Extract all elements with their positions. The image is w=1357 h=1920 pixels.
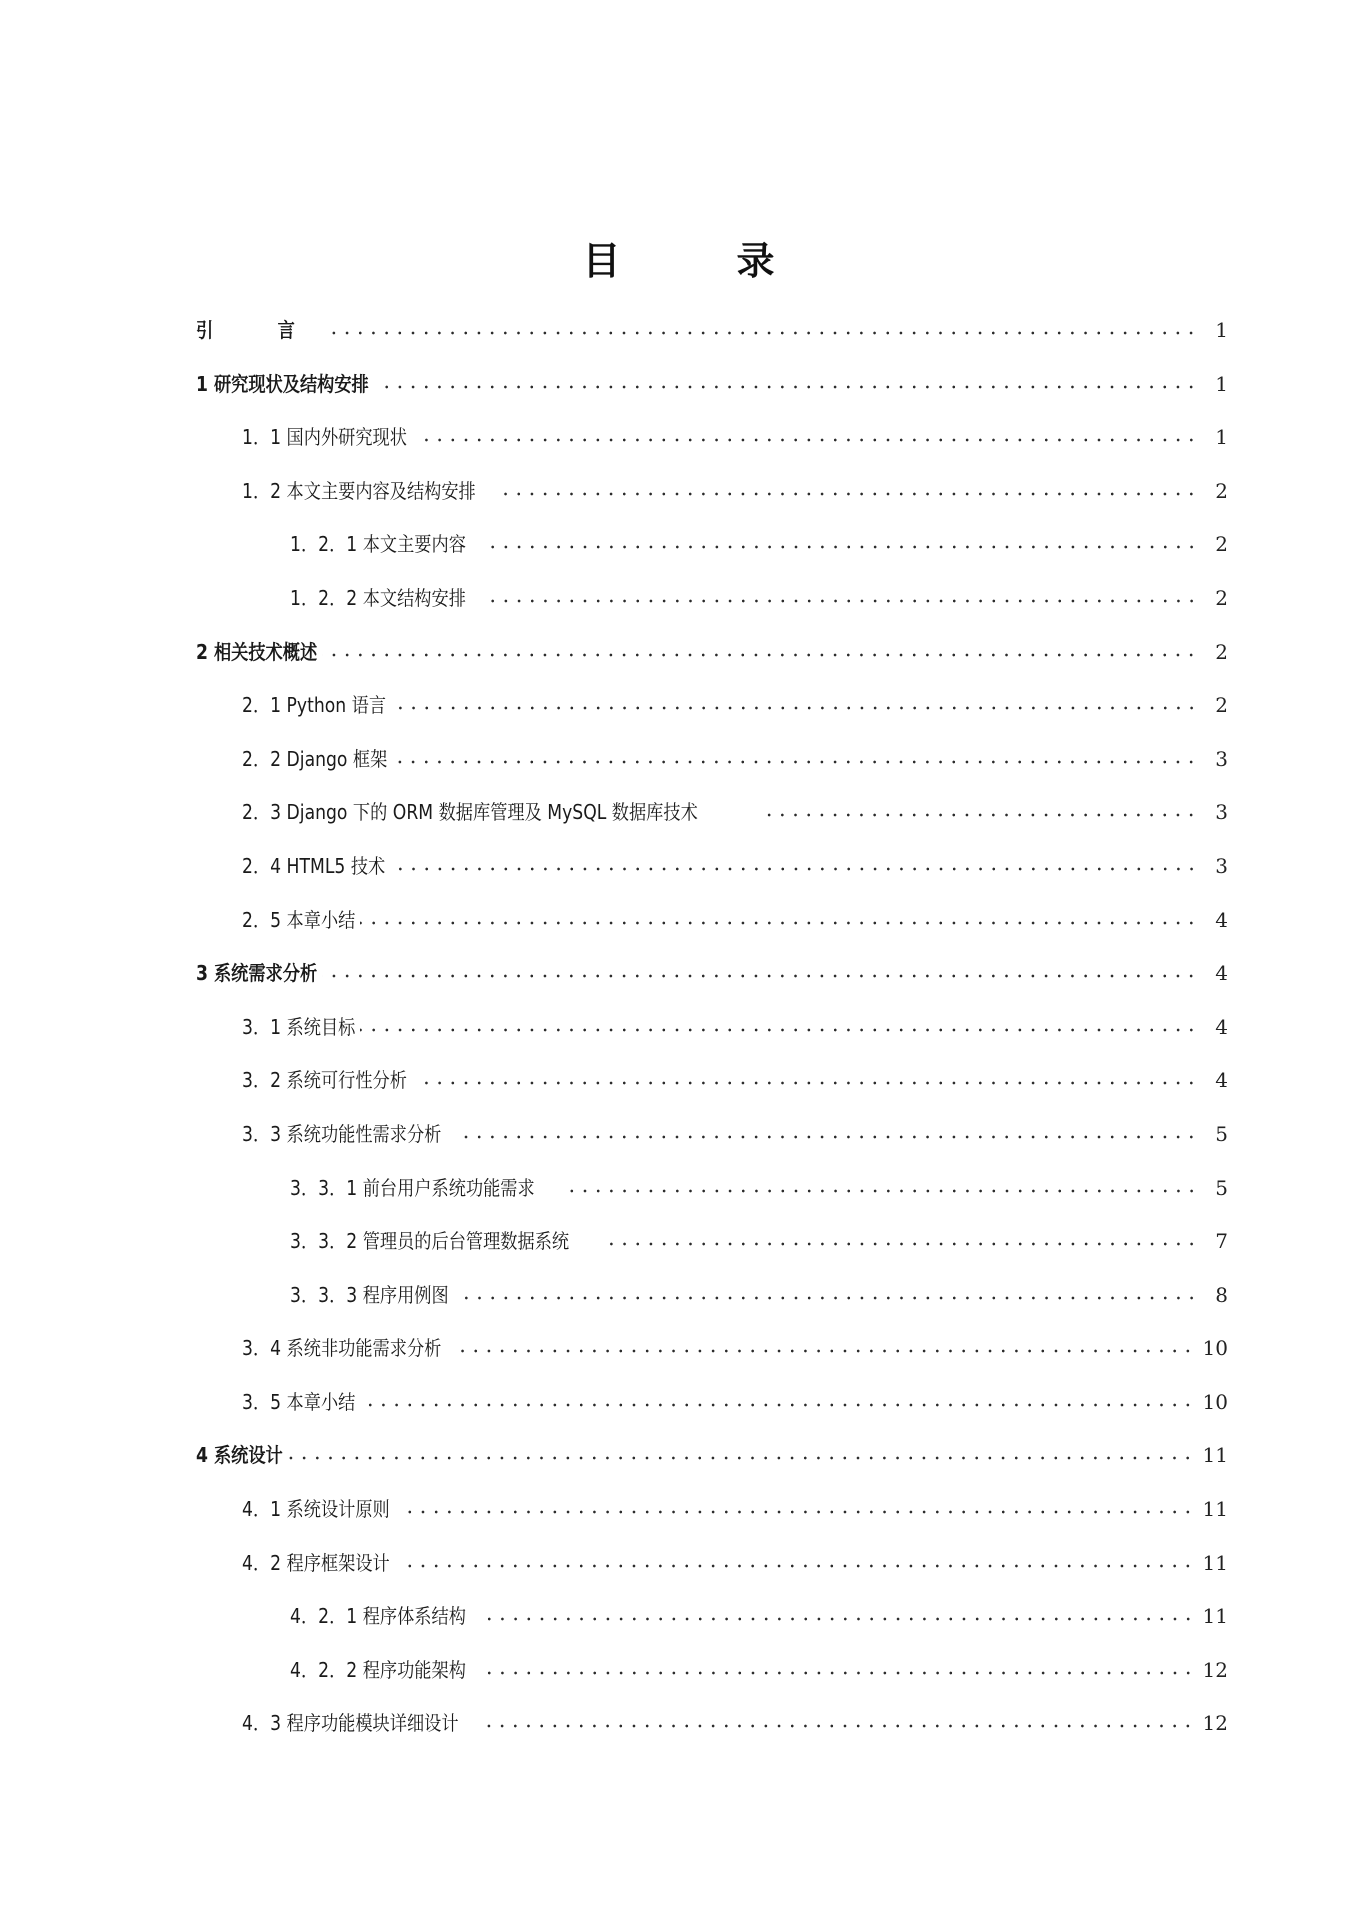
dot-leader <box>482 1617 1195 1621</box>
toc-page-number: 2 <box>1206 476 1228 506</box>
dot-leader <box>462 1296 1198 1300</box>
toc-page-number: 3 <box>1206 744 1228 774</box>
dot-leader <box>482 545 1198 549</box>
toc-page-number: 3 <box>1206 797 1228 827</box>
table-of-contents: 引 言 1 1 研究现状及结构安排 1 1．1 国内外研究现状 1 1．2 本文… <box>196 315 1228 1762</box>
toc-entry-3-4[interactable]: 3．4 系统非功能需求分析 10 <box>196 1333 1228 1387</box>
toc-entry-3-3-1[interactable]: 3．3．1 前台用户系统功能需求 5 <box>196 1173 1228 1227</box>
dot-leader <box>482 599 1198 603</box>
toc-entry-3-3-2[interactable]: 3．3．2 管理员的后台管理数据系统 7 <box>196 1226 1228 1280</box>
toc-page-number: 2 <box>1206 529 1228 559</box>
toc-title-char-2: 录 <box>737 230 775 285</box>
dot-leader <box>360 921 1198 925</box>
toc-entry-label: 4 系统设计 <box>196 1440 283 1470</box>
toc-entry-preface[interactable]: 引 言 1 <box>196 315 1228 369</box>
toc-page-number: 1 <box>1206 315 1228 345</box>
dot-leader <box>482 1671 1195 1675</box>
toc-entry-3-5[interactable]: 3．5 本章小结 10 <box>196 1387 1228 1441</box>
toc-entry-label: 引 言 <box>196 315 324 345</box>
dot-leader <box>500 492 1198 496</box>
toc-entry-label: 3．2 系统可行性分析 <box>242 1065 407 1095</box>
toc-entry-label: 3．3．1 前台用户系统功能需求 <box>290 1173 535 1203</box>
toc-page-number: 12 <box>1203 1655 1228 1685</box>
toc-entry-label: 2．3 Django 下的 ORM 数据库管理及 MySQL 数据库技术 <box>242 797 698 827</box>
toc-entry-3-3[interactable]: 3．3 系统功能性需求分析 5 <box>196 1119 1228 1173</box>
toc-page-number: 11 <box>1203 1440 1228 1470</box>
toc-entry-label: 2．5 本章小结 <box>242 905 355 935</box>
toc-page-number: 12 <box>1203 1708 1228 1738</box>
dot-leader <box>420 438 1198 442</box>
toc-entry-4-1[interactable]: 4．1 系统设计原则 11 <box>196 1494 1228 1548</box>
toc-entry-label: 1．1 国内外研究现状 <box>242 422 407 452</box>
dot-leader <box>395 867 1198 871</box>
toc-page-number: 4 <box>1206 958 1228 988</box>
toc-entry-label: 2．2 Django 框架 <box>242 744 387 774</box>
toc-entry-2-2[interactable]: 2．2 Django 框架 3 <box>196 744 1228 798</box>
toc-entry-label: 4．3 程序功能模块详细设计 <box>242 1708 459 1738</box>
toc-entry-3-2[interactable]: 3．2 系统可行性分析 4 <box>196 1065 1228 1119</box>
toc-entry-label: 3．5 本章小结 <box>242 1387 355 1417</box>
toc-entry-label: 3．3．2 管理员的后台管理数据系统 <box>290 1226 569 1256</box>
toc-entry-label: 4．2．2 程序功能架构 <box>290 1655 466 1685</box>
toc-entry-chapter-4[interactable]: 4 系统设计 11 <box>196 1440 1228 1494</box>
toc-entry-1-2-2[interactable]: 1．2．2 本文结构安排 2 <box>196 583 1228 637</box>
dot-leader <box>400 1564 1194 1568</box>
toc-entry-label: 3．1 系统目标 <box>242 1012 355 1042</box>
toc-entry-label: 1 研究现状及结构安排 <box>196 369 369 399</box>
toc-entry-chapter-1[interactable]: 1 研究现状及结构安排 1 <box>196 369 1228 423</box>
dot-leader <box>282 1456 1194 1460</box>
toc-page-number: 10 <box>1203 1387 1228 1417</box>
toc-page-number: 7 <box>1206 1226 1228 1256</box>
toc-entry-label: 3．3．3 程序用例图 <box>290 1280 449 1310</box>
toc-page-number: 11 <box>1203 1548 1228 1578</box>
dot-leader <box>360 1028 1198 1032</box>
toc-entry-1-2[interactable]: 1．2 本文主要内容及结构安排 2 <box>196 476 1228 530</box>
toc-entry-label: 3 系统需求分析 <box>196 958 317 988</box>
toc-page-number: 4 <box>1206 1012 1228 1042</box>
toc-page-number: 2 <box>1206 690 1228 720</box>
dot-leader <box>360 1403 1194 1407</box>
toc-entry-chapter-2[interactable]: 2 相关技术概述 2 <box>196 637 1228 691</box>
toc-entry-label: 4．2 程序框架设计 <box>242 1548 390 1578</box>
toc-page-number: 11 <box>1203 1494 1228 1524</box>
toc-entry-4-2-2[interactable]: 4．2．2 程序功能架构 12 <box>196 1655 1228 1709</box>
dot-leader <box>602 1242 1198 1246</box>
toc-entry-label: 1．2 本文主要内容及结构安排 <box>242 476 476 506</box>
toc-entry-4-2-1[interactable]: 4．2．1 程序体系结构 11 <box>196 1601 1228 1655</box>
toc-entry-chapter-3[interactable]: 3 系统需求分析 4 <box>196 958 1228 1012</box>
toc-entry-label: 1．2．1 本文主要内容 <box>290 529 466 559</box>
toc-entry-label: 1．2．2 本文结构安排 <box>290 583 466 613</box>
dot-leader <box>322 653 1198 657</box>
toc-entry-2-5[interactable]: 2．5 本章小结 4 <box>196 905 1228 959</box>
toc-entry-label: 4．1 系统设计原则 <box>242 1494 390 1524</box>
toc-entry-label: 2 相关技术概述 <box>196 637 317 667</box>
toc-entry-label: 2．4 HTML5 技术 <box>242 851 385 881</box>
toc-entry-label: 3．3 系统功能性需求分析 <box>242 1119 441 1149</box>
toc-entry-label: 4．2．1 程序体系结构 <box>290 1601 466 1631</box>
toc-page-number: 11 <box>1203 1601 1228 1631</box>
toc-page-number: 8 <box>1206 1280 1228 1310</box>
dot-leader <box>330 331 1198 335</box>
dot-leader <box>460 1135 1198 1139</box>
toc-entry-label: 3．4 系统非功能需求分析 <box>242 1333 441 1363</box>
dot-leader <box>382 385 1198 389</box>
dot-leader <box>460 1349 1194 1353</box>
toc-entry-3-3-3[interactable]: 3．3．3 程序用例图 8 <box>196 1280 1228 1334</box>
dot-leader <box>480 1724 1194 1728</box>
toc-page-number: 1 <box>1206 369 1228 399</box>
toc-page-number: 5 <box>1206 1173 1228 1203</box>
toc-entry-2-3[interactable]: 2．3 Django 下的 ORM 数据库管理及 MySQL 数据库技术 3 <box>196 797 1228 851</box>
toc-entry-4-2[interactable]: 4．2 程序框架设计 11 <box>196 1548 1228 1602</box>
dot-leader <box>758 813 1198 817</box>
toc-entry-3-1[interactable]: 3．1 系统目标 4 <box>196 1012 1228 1066</box>
document-page: 目录 引 言 1 1 研究现状及结构安排 1 1．1 国内外研究现状 1 1．2… <box>0 0 1357 1920</box>
toc-entry-label: 2．1 Python 语言 <box>242 690 386 720</box>
dot-leader <box>396 706 1198 710</box>
toc-entry-1-1[interactable]: 1．1 国内外研究现状 1 <box>196 422 1228 476</box>
dot-leader <box>420 1081 1198 1085</box>
toc-page-number: 2 <box>1206 583 1228 613</box>
toc-page-number: 3 <box>1206 851 1228 881</box>
toc-page-number: 1 <box>1206 422 1228 452</box>
toc-entry-1-2-1[interactable]: 1．2．1 本文主要内容 2 <box>196 529 1228 583</box>
toc-entry-2-1[interactable]: 2．1 Python 语言 2 <box>196 690 1228 744</box>
toc-page-number: 4 <box>1206 905 1228 935</box>
toc-entry-4-3[interactable]: 4．3 程序功能模块详细设计 12 <box>196 1708 1228 1762</box>
toc-page-number: 2 <box>1206 637 1228 667</box>
toc-title-char-1: 目 <box>582 230 620 285</box>
toc-page-number: 5 <box>1206 1119 1228 1149</box>
toc-page-number: 4 <box>1206 1065 1228 1095</box>
dot-leader <box>562 1189 1198 1193</box>
dot-leader <box>400 1510 1194 1514</box>
dot-leader <box>397 760 1198 764</box>
toc-entry-2-4[interactable]: 2．4 HTML5 技术 3 <box>196 851 1228 905</box>
toc-page-number: 10 <box>1203 1333 1228 1363</box>
dot-leader <box>322 974 1198 978</box>
toc-title: 目录 <box>0 230 1357 285</box>
